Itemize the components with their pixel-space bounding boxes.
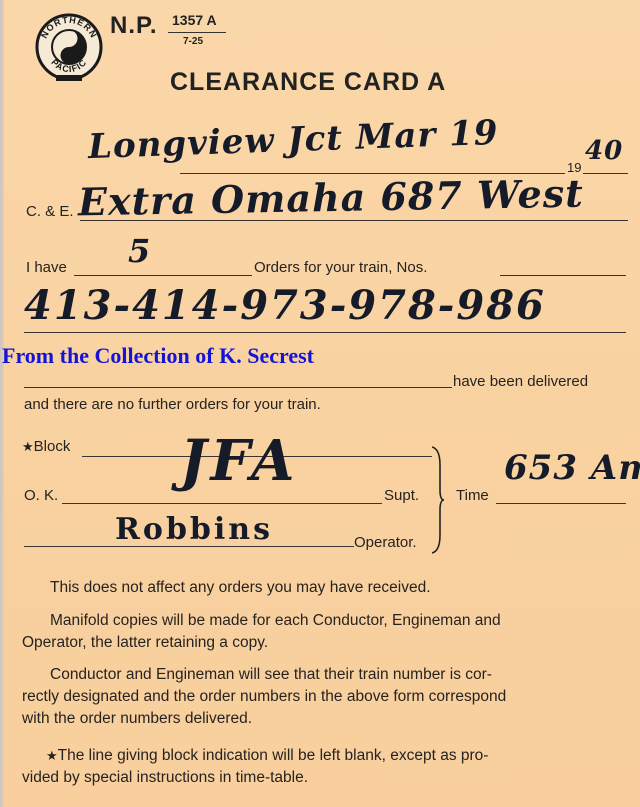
footnote-line-1: ★The line giving block indication will b… [46, 747, 488, 765]
orders-label-after: Orders for your train, Nos. [254, 259, 427, 276]
form-revision: 7-25 [183, 36, 203, 47]
time-label: Time [456, 487, 489, 504]
clearance-card: NORTHERN PACIFIC N.P. 1357 A 7-25 CLEARA… [0, 0, 640, 807]
delivered-continuation: and there are no further orders for your… [24, 396, 321, 413]
time-handwritten: 653 Am [504, 448, 640, 488]
page-title: CLEARANCE CARD A [170, 68, 446, 97]
orders-label-before: I have [26, 259, 67, 276]
order-numbers-line [24, 332, 626, 333]
northern-pacific-monad-logo-icon: NORTHERN PACIFIC [34, 12, 104, 82]
ok-line [62, 503, 382, 504]
station-date-handwritten: Longview Jct Mar 19 [87, 113, 499, 167]
year-handwritten: 40 [585, 136, 623, 166]
orders-count-handwritten: 5 [128, 232, 151, 270]
delivered-line [24, 387, 452, 388]
collection-watermark: From the Collection of K. Secrest [2, 343, 314, 369]
delivered-label: have been delivered [453, 373, 588, 390]
crew-handwritten: Extra Omaha 687 West [78, 171, 584, 225]
scan-edge [0, 0, 4, 807]
operator-signature-handwritten: Robbins [115, 512, 273, 547]
time-line [496, 503, 626, 504]
orders-count-line [74, 275, 252, 276]
form-number: 1357 A [172, 12, 217, 28]
instruction-2-line-2: Operator, the latter retaining a copy. [22, 634, 268, 652]
railroad-prefix: N.P. [110, 12, 158, 40]
order-nos-line [500, 275, 626, 276]
star-icon: ★ [46, 748, 58, 763]
instruction-3-line-1: Conductor and Engineman will see that th… [50, 666, 492, 684]
form-number-divider [168, 32, 226, 33]
block-label: ★Block [22, 438, 70, 455]
instruction-2-line-1: Manifold copies will be made for each Co… [50, 612, 501, 630]
ok-signature-handwritten: JFA [180, 428, 298, 494]
right-brace-icon [430, 445, 444, 555]
crew-label: C. & E. [26, 203, 74, 220]
order-numbers-handwritten: 413-414-973-978-986 [24, 282, 546, 329]
operator-label: Operator. [354, 534, 417, 551]
footnote-line-2: vided by special instructions in time-ta… [22, 769, 308, 787]
star-icon: ★ [22, 439, 34, 454]
instruction-1: This does not affect any orders you may … [50, 579, 431, 597]
year-line [583, 173, 628, 174]
instruction-3-line-2: rectly designated and the order numbers … [22, 688, 506, 706]
ok-label: O. K. [24, 487, 58, 504]
supt-label: Supt. [384, 487, 419, 504]
instruction-3-line-3: with the order numbers delivered. [22, 710, 252, 728]
